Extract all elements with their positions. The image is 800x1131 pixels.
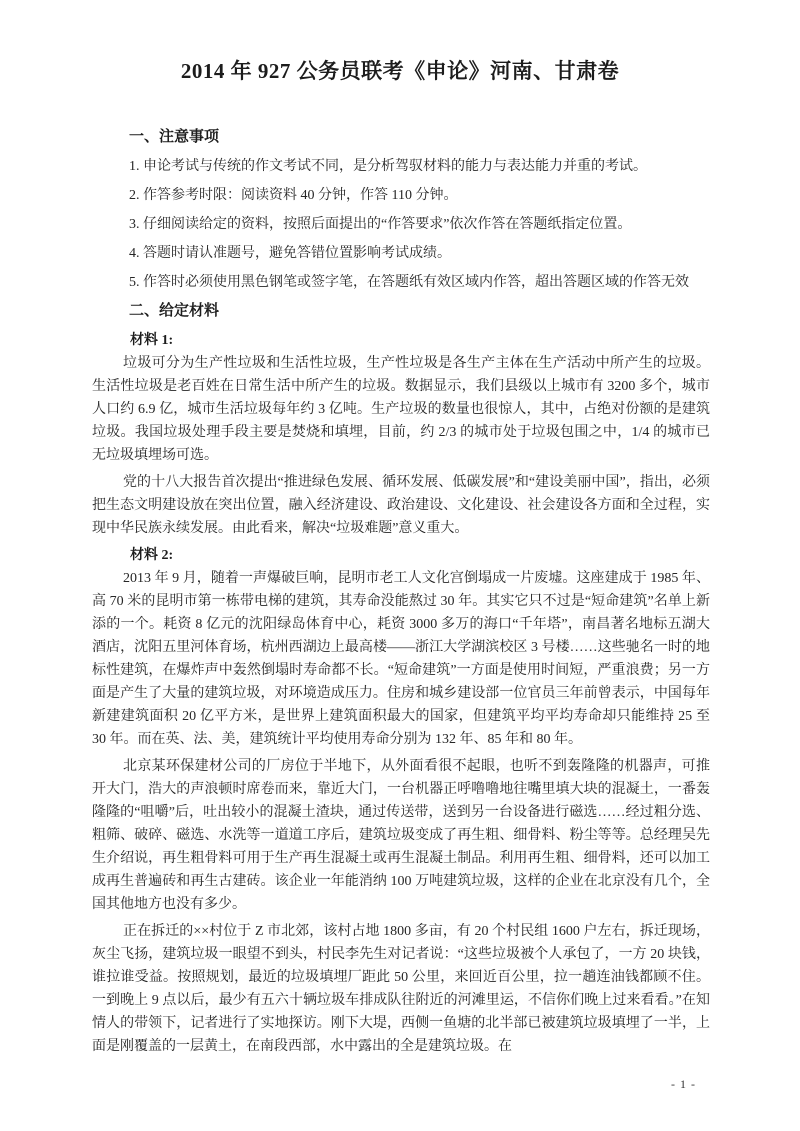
document-body: 一、注意事项 1. 申论考试与传统的作文考试不同，是分析驾驭材料的能力与表达能力… bbox=[92, 126, 710, 1058]
material-1-label: 材料 1: bbox=[92, 329, 710, 352]
material-2-label: 材料 2: bbox=[92, 544, 710, 567]
section-heading-materials: 二、给定材料 bbox=[92, 300, 710, 323]
material-1-paragraph-2: 党的十八大报告首次提出“推进绿色发展、循环发展、低碳发展”和“建设美丽中国”，指… bbox=[92, 471, 710, 540]
section-heading-notice: 一、注意事项 bbox=[92, 126, 710, 149]
notice-item-4: 4. 答题时请认准题号，避免答错位置影响考试成绩。 bbox=[92, 242, 710, 265]
notice-item-3: 3. 仔细阅读给定的资料，按照后面提出的“作答要求”依次作答在答题纸指定位置。 bbox=[92, 213, 710, 236]
notice-item-2: 2. 作答参考时限：阅读资料 40 分钟，作答 110 分钟。 bbox=[92, 184, 710, 207]
material-1-paragraph-1: 垃圾可分为生产性垃圾和生活性垃圾，生产性垃圾是各生产主体在生产活动中所产生的垃圾… bbox=[92, 352, 710, 467]
material-2-paragraph-2: 北京某环保建材公司的厂房位于半地下，从外面看很不起眼，也听不到轰隆隆的机器声，可… bbox=[92, 755, 710, 916]
material-2-paragraph-1: 2013 年 9 月，随着一声爆破巨响，昆明市老工人文化宫倒塌成一片废墟。这座建… bbox=[92, 567, 710, 751]
page-number: - 1 - bbox=[671, 1077, 696, 1092]
document-title: 2014 年 927 公务员联考《申论》河南、甘肃卷 bbox=[0, 0, 800, 86]
material-2-paragraph-3: 正在拆迁的××村位于 Z 市北郊，该村占地 1800 多亩，有 20 个村民组 … bbox=[92, 920, 710, 1058]
document-page: 2014 年 927 公务员联考《申论》河南、甘肃卷 一、注意事项 1. 申论考… bbox=[0, 0, 800, 1131]
notice-item-1: 1. 申论考试与传统的作文考试不同，是分析驾驭材料的能力与表达能力并重的考试。 bbox=[92, 155, 710, 178]
notice-item-5: 5. 作答时必须使用黑色钢笔或签字笔，在答题纸有效区域内作答，超出答题区域的作答… bbox=[92, 271, 710, 294]
